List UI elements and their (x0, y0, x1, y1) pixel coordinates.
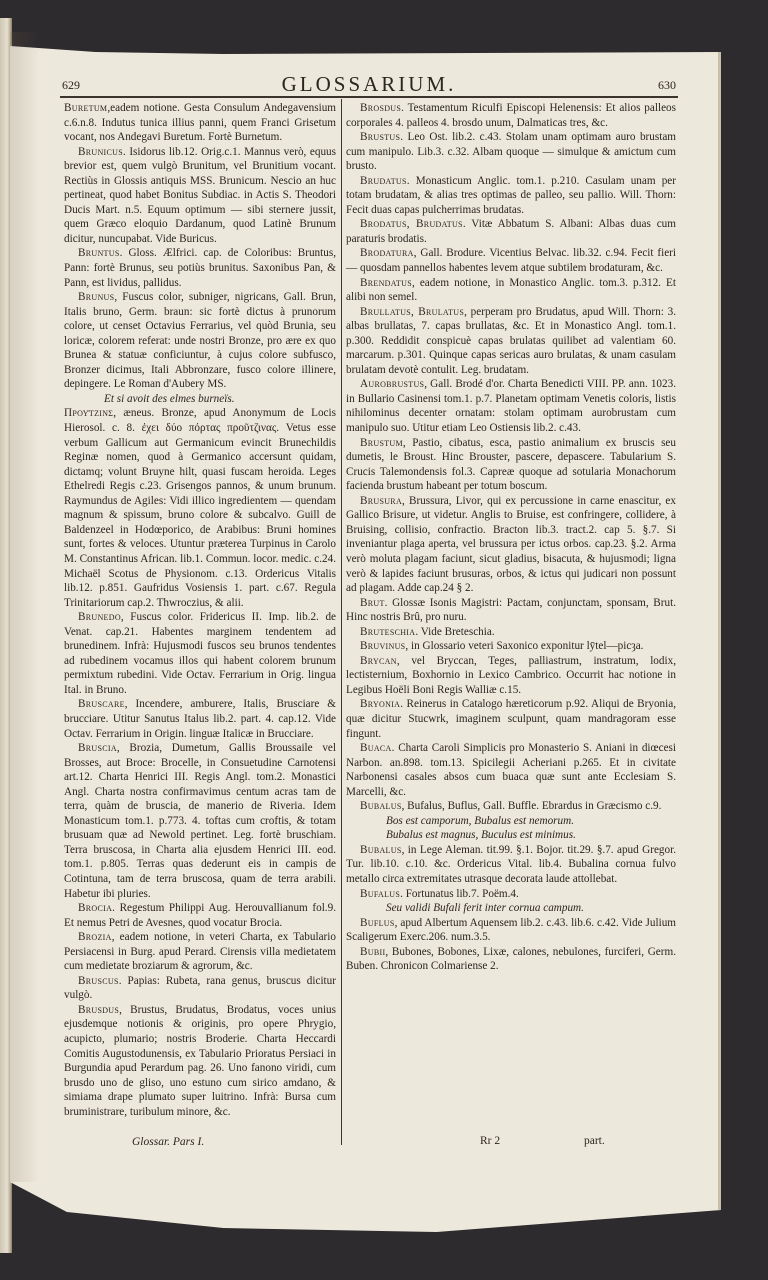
entry-headword: Brusura (360, 495, 402, 507)
entry-headword: Bufalus (360, 888, 400, 900)
entry-headword: Brunedo (78, 611, 121, 623)
entry-text: , Bufalus, Buflus, Gall. Buffle. Ebrardu… (402, 800, 662, 812)
signature-mark: Rr 2 (480, 1135, 500, 1147)
glossary-entry: Bubalus, Bufalus, Buflus, Gall. Buffle. … (346, 799, 676, 814)
glossary-entry: Bufalus. Fortunatus lib.7. Poëm.4. (346, 887, 676, 902)
glossary-entry: Bubalus, in Lege Aleman. tit.99. §.1. Bo… (346, 843, 676, 887)
right-column: Brosdus. Testamentum Riculfi Episcopi He… (346, 101, 676, 974)
glossary-entry: Buaca. Charta Caroli Simplicis pro Monas… (346, 741, 676, 799)
entry-headword: Bruntus (78, 247, 120, 259)
entry-headword: Bruvinus (360, 640, 405, 652)
catchword: part. (584, 1135, 605, 1147)
glossary-entry: Brodatus, Brudatus. Vitæ Abbatum S. Alba… (346, 217, 676, 246)
verse-line: Bubalus est magnus, Buculus est minimus. (346, 828, 676, 843)
header-rule (60, 96, 678, 98)
glossary-entry: Bryonia. Reinerus in Catalogo hæreticoru… (346, 697, 676, 741)
verse-line: Bos est camporum, Bubalus est nemorum. (346, 814, 676, 829)
glossary-entry: Brunus, Fuscus color, subniger, nigrican… (64, 290, 336, 392)
entry-headword: Brunus (78, 291, 114, 303)
entry-headword: Brozia (78, 931, 112, 943)
entry-headword: Buflus (360, 917, 395, 929)
glossary-entry: Brudatus. Monasticum Anglic. tom.1. p.21… (346, 174, 676, 218)
entry-headword: Bubalus (360, 844, 402, 856)
page-number-right: 630 (658, 78, 676, 93)
running-title: GLOSSARIUM. (62, 72, 676, 97)
verse-line: Et si avoit des elmes burneïs. (64, 392, 336, 407)
glossary-entry: Bruscus. Papias: Rubeta, rana genus, bru… (64, 974, 336, 1003)
entry-headword: Brustum (360, 437, 403, 449)
glossary-entry: Bruscare, Incendere, amburere, Italis, B… (64, 697, 336, 741)
glossary-entry: Brycan, vel Bryccan, Teges, palliastrum,… (346, 654, 676, 698)
entry-text: . Charta Caroli Simplicis pro Monasterio… (346, 742, 676, 798)
entry-headword: Brustus (360, 131, 400, 143)
entry-headword: Bubii (360, 946, 385, 958)
entry-text: , æneus. Bronze, apud Anonymum de Locis … (64, 407, 336, 608)
entry-headword: Brodatus, Brudatus (360, 218, 463, 230)
entry-headword: Aurobrustus (360, 378, 424, 390)
entry-headword: Bruscia (78, 742, 117, 754)
entry-headword: Brodatura (360, 247, 414, 259)
entry-text: , apud Albertum Aquensem lib.2. c.43. li… (346, 917, 676, 944)
entry-text: , in Glossario veteri Saxonico exponitur… (405, 640, 643, 652)
entry-headword: Brunicus (78, 146, 123, 158)
glossary-entry: Brendatus, eadem notione, in Monastico A… (346, 276, 676, 305)
glossary-entry: Brut. Glossæ Isonis Magistri: Pactam, co… (346, 596, 676, 625)
entry-headword: Brudatus (360, 175, 407, 187)
entry-text: . Isidorus lib.12. Orig.c.1. Mannus verò… (64, 146, 336, 245)
entry-headword: Buretum (64, 102, 107, 114)
volume-footer: Glossar. Pars I. (132, 1136, 204, 1148)
glossary-entry: Bruscia, Brozia, Dumetum, Gallis Broussa… (64, 741, 336, 901)
glossary-entry: Buretum,eadem notione. Gesta Consulum An… (64, 101, 336, 145)
entry-text: , Fuscus color. Fridericus II. Imp. lib.… (64, 611, 336, 696)
column-divider (341, 99, 342, 1145)
left-column: Buretum,eadem notione. Gesta Consulum An… (64, 101, 336, 1119)
entry-text: . Fortunatus lib.7. Poëm.4. (400, 888, 519, 900)
entry-headword: Brut (360, 597, 385, 609)
glossary-entry: Brozia, eadem notione, in veteri Charta,… (64, 930, 336, 974)
glossary-entry: Buflus, apud Albertum Aquensem lib.2. c.… (346, 916, 676, 945)
entry-text: . Vide Breteschia. (415, 626, 494, 638)
entry-text: , Brozia, Dumetum, Gallis Broussaile vel… (64, 742, 336, 899)
entry-headword: Προῦτζινς (64, 407, 113, 419)
entry-headword: Bruscare (78, 698, 125, 710)
glossary-entry: Brocia. Regestum Philippi Aug. Herouvall… (64, 901, 336, 930)
glossary-entry: Brusura, Brussura, Livor, qui ex percuss… (346, 494, 676, 596)
entry-text: , Bubones, Bobones, Lixæ, calones, nebul… (346, 946, 676, 973)
entry-headword: Bruscus (78, 975, 119, 987)
glossary-entry: Brustum, Pastio, cibatus, esca, pastio a… (346, 436, 676, 494)
glossary-entry: Bruntus. Gloss. Ælfrici. cap. de Colorib… (64, 246, 336, 290)
entry-headword: Buaca (360, 742, 392, 754)
glossary-entry: Brodatura, Gall. Brodure. Vicentius Belv… (346, 246, 676, 275)
entry-headword: Brusdus (78, 1004, 119, 1016)
entry-headword: Brullatus, Brulatus (360, 306, 464, 318)
entry-headword: Brendatus (360, 277, 412, 289)
glossary-entry: Brusdus, Brustus, Brudatus, Brodatus, vo… (64, 1003, 336, 1119)
entry-headword: Brosdus (360, 102, 401, 114)
entry-headword: Bruteschia (360, 626, 415, 638)
glossary-entry: Bruteschia. Vide Breteschia. (346, 625, 676, 640)
glossary-entry: Brunedo, Fuscus color. Fridericus II. Im… (64, 610, 336, 697)
entry-text: , Fuscus color, subniger, nigricans, Gal… (64, 291, 336, 390)
glossary-entry: Προῦτζινς, æneus. Bronze, apud Anonymum … (64, 406, 336, 610)
entry-headword: Brycan (360, 655, 397, 667)
page-header: 629 GLOSSARIUM. 630 (62, 72, 676, 98)
glossary-entry: Aurobrustus, Gall. Brodé d'or. Charta Be… (346, 377, 676, 435)
glossary-entry: Brullatus, Brulatus, perperam pro Brudat… (346, 305, 676, 378)
entry-headword: Bubalus (360, 800, 402, 812)
glossary-entry: Bubii, Bubones, Bobones, Lixæ, calones, … (346, 945, 676, 974)
entry-text: , Brussura, Livor, qui ex percussione in… (346, 495, 676, 594)
glossary-entry: Brustus. Leo Ost. lib.2. c.43. Stolam un… (346, 130, 676, 174)
glossary-entry: Brunicus. Isidorus lib.12. Orig.c.1. Man… (64, 145, 336, 247)
glossary-entry: Bruvinus, in Glossario veteri Saxonico e… (346, 639, 676, 654)
entry-headword: Bryonia (360, 698, 400, 710)
entry-text: , Brustus, Brudatus, Brodatus, voces uni… (64, 1004, 336, 1118)
glossary-entry: Brosdus. Testamentum Riculfi Episcopi He… (346, 101, 676, 130)
entry-headword: Brocia (78, 902, 112, 914)
verse-line: Seu validi Bufali ferit inter cornua cam… (346, 901, 676, 916)
entry-text: . Glossæ Isonis Magistri: Pactam, conjun… (346, 597, 676, 624)
